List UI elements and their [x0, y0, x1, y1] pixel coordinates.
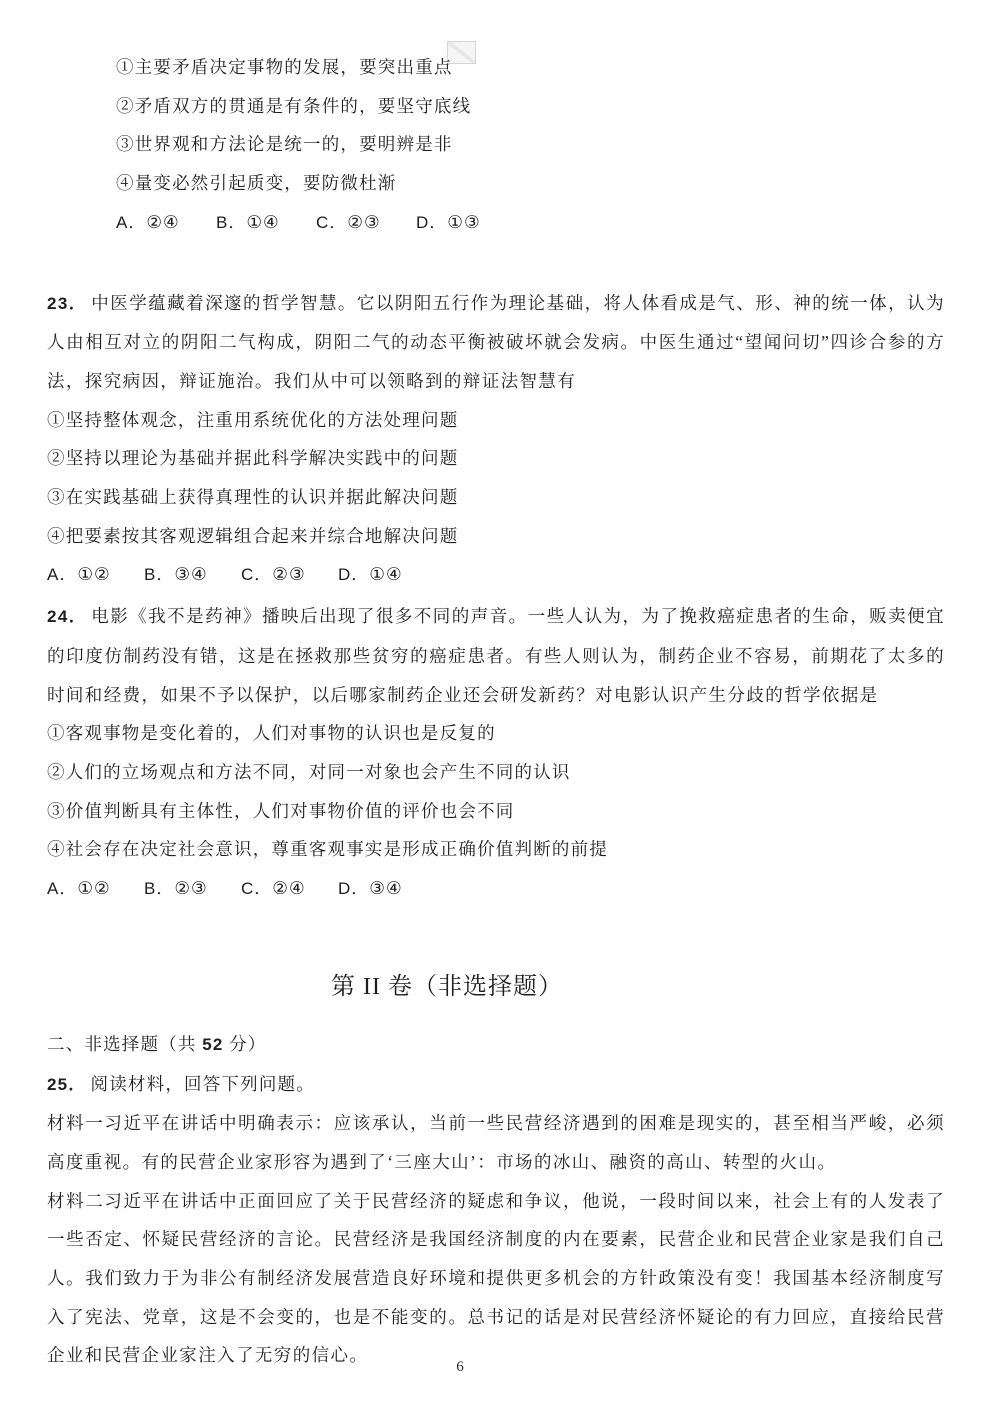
answer-choice-d: D．①④: [338, 555, 403, 595]
question-stem-text: 中医学蕴藏着深邃的哲学智慧。它以阴阳五行作为理论基础，将人体看成是气、形、神的统…: [47, 293, 945, 391]
heading-suffix: 分）: [224, 1034, 267, 1054]
answer-choice-a: A．①②: [47, 555, 144, 595]
answer-letter: A．: [116, 213, 146, 232]
answer-choice-a: A．①②: [47, 869, 144, 909]
option-line: ④把要素按其客观逻辑组合起来并综合地解决问题: [47, 517, 945, 556]
section-heading: 二、非选择题（共 52 分）: [47, 1025, 945, 1065]
option-line: ④量变必然引起质变，要防微杜渐: [116, 164, 945, 203]
question-stem-text: 电影《我不是药神》播映后出现了很多不同的声音。一些人认为，为了挽救癌症患者的生命…: [47, 606, 945, 704]
answer-value: ①②: [77, 564, 110, 584]
option-line: ①客观事物是变化着的，人们对事物的认识也是反复的: [47, 714, 945, 753]
option-line: ③价值判断具有主体性，人们对事物价值的评价也会不同: [47, 792, 945, 831]
option-line: ②坚持以理论为基础并据此科学解决实践中的问题: [47, 439, 945, 478]
page-content: ①主要矛盾决定事物的发展，要突出重点 ②矛盾双方的贯通是有条件的，要坚守底线 ③…: [47, 48, 945, 1375]
option-line: ④社会存在决定社会意识，尊重客观事实是形成正确价值判断的前提: [47, 830, 945, 869]
option-line: ③在实践基础上获得真理性的认识并据此解决问题: [47, 478, 945, 517]
answer-letter: D．: [338, 565, 369, 584]
answer-value: ①④: [369, 564, 402, 584]
answer-value: ②④: [146, 212, 179, 232]
answer-value: ③④: [369, 878, 402, 898]
answer-choice-a: A．②④: [116, 203, 216, 243]
answer-value: ②④: [272, 878, 305, 898]
material-1-paragraph: 材料一习近平在讲话中明确表示：应该承认，当前一些民营经济遇到的困难是现实的，甚至…: [47, 1104, 945, 1181]
answer-choice-b: B．②③: [144, 869, 241, 909]
answer-choice-b: B．③④: [144, 555, 241, 595]
answer-letter: B．: [144, 565, 174, 584]
answer-letter: C．: [241, 879, 272, 898]
answer-value: ③④: [174, 564, 207, 584]
question-24: 24．电影《我不是药神》播映后出现了很多不同的声音。一些人认为，为了挽救癌症患者…: [47, 597, 945, 909]
answer-letter: B．: [144, 879, 174, 898]
question-number: 24．: [47, 607, 87, 626]
answer-letter: A．: [47, 879, 77, 898]
answer-value: ①③: [447, 212, 480, 232]
answer-letter: C．: [241, 565, 272, 584]
question-number: 23．: [47, 294, 87, 313]
answer-choice-c: C．②③: [241, 555, 338, 595]
heading-points: 52: [202, 1035, 223, 1054]
answer-row: A．①② B．③④ C．②③ D．①④: [47, 555, 945, 595]
answer-value: ②③: [174, 878, 207, 898]
option-line: ②人们的立场观点和方法不同，对同一对象也会产生不同的认识: [47, 753, 945, 792]
answer-value: ①④: [246, 212, 279, 232]
answer-choice-d: D．③④: [338, 869, 403, 909]
question-22-options-block: ①主要矛盾决定事物的发展，要突出重点 ②矛盾双方的贯通是有条件的，要坚守底线 ③…: [116, 48, 945, 243]
answer-value: ②③: [347, 212, 380, 232]
option-line: ①主要矛盾决定事物的发展，要突出重点: [116, 48, 945, 87]
document-page: ①主要矛盾决定事物的发展，要突出重点 ②矛盾双方的贯通是有条件的，要坚守底线 ③…: [0, 0, 992, 1403]
answer-letter: D．: [416, 213, 447, 232]
answer-row: A．①② B．②③ C．②④ D．③④: [47, 869, 945, 909]
page-number: 6: [0, 1356, 992, 1378]
answer-letter: A．: [47, 565, 77, 584]
answer-choice-d: D．①③: [416, 203, 481, 243]
option-line: ③世界观和方法论是统一的，要明辨是非: [116, 125, 945, 164]
heading-prefix: 二、非选择题（共: [47, 1034, 202, 1054]
question-stem: 24．电影《我不是药神》播映后出现了很多不同的声音。一些人认为，为了挽救癌症患者…: [47, 597, 945, 714]
option-line: ①坚持整体观念，注重用系统优化的方法处理问题: [47, 401, 945, 440]
answer-value: ①②: [77, 878, 110, 898]
answer-letter: B．: [216, 213, 246, 232]
question-25-text: 阅读材料，回答下列问题。: [91, 1074, 315, 1094]
answer-letter: D．: [338, 879, 369, 898]
answer-choice-b: B．①④: [216, 203, 316, 243]
answer-choice-c: C．②④: [241, 869, 338, 909]
question-25-intro: 25．阅读材料，回答下列问题。: [47, 1065, 945, 1105]
section-title: 第 II 卷（非选择题）: [47, 965, 945, 1009]
question-number: 25．: [47, 1075, 87, 1094]
answer-letter: C．: [316, 213, 347, 232]
question-stem: 23．中医学蕴藏着深邃的哲学智慧。它以阴阳五行作为理论基础，将人体看成是气、形、…: [47, 284, 945, 401]
question-23: 23．中医学蕴藏着深邃的哲学智慧。它以阴阳五行作为理论基础，将人体看成是气、形、…: [47, 284, 945, 596]
answer-choice-c: C．②③: [316, 203, 416, 243]
material-2-paragraph: 材料二习近平在讲话中正面回应了关于民营经济的疑虑和争议，他说，一段时间以来，社会…: [47, 1182, 945, 1376]
answer-row: A．②④ B．①④ C．②③ D．①③: [116, 203, 945, 243]
option-line: ②矛盾双方的贯通是有条件的，要坚守底线: [116, 87, 945, 126]
answer-value: ②③: [272, 564, 305, 584]
